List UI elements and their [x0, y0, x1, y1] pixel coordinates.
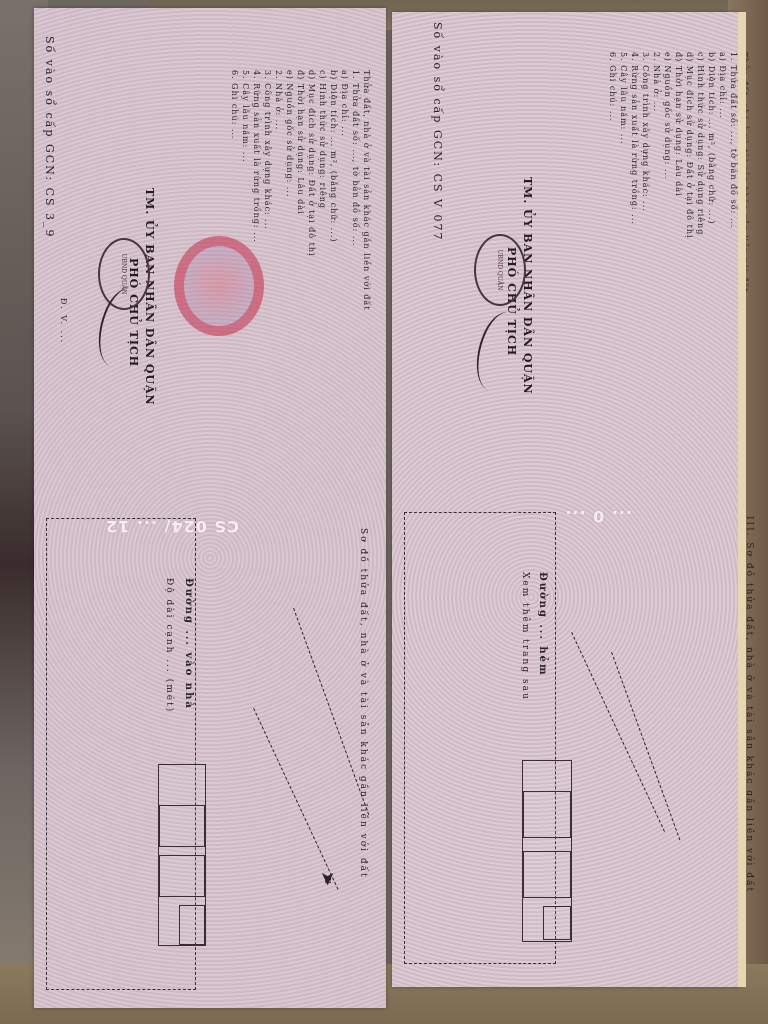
- right-body-text: Thửa đất, nhà ở và tài sản khác gắn liền…: [607, 52, 750, 293]
- right-certificate: Số vào sổ cấp GCN: CS V 077 Thửa đất, nh…: [392, 12, 740, 987]
- left-line: d) Mục đích sử dụng: Đất ở tại đô thị: [306, 70, 317, 311]
- left-diagram-caption: Đường ... vào nhà: [183, 578, 194, 710]
- right-line: 4. Rừng sản xuất là rừng trồng: ...: [629, 52, 640, 293]
- right-floor-plan-table: [522, 760, 572, 942]
- right-line: đ) Thời hạn sử dụng: Lâu dài: [673, 52, 684, 293]
- right-serial-number: ... 0 ...: [564, 507, 632, 526]
- left-signer-name: Đ. V. ...: [59, 298, 68, 344]
- right-parcel-boundary: [611, 652, 680, 840]
- left-diagram-heading: Sơ đồ thửa đất, nhà ở và tài sản khác gắ…: [358, 528, 368, 879]
- left-section-heading: Thửa đất, nhà ở và tài sản khác gắn liền…: [361, 70, 372, 311]
- left-line: 2. Nhà ở: ...: [273, 70, 284, 311]
- right-line: 6. Ghi chú: ...: [607, 52, 618, 293]
- north-arrow-label: B: [323, 878, 332, 886]
- left-line: e) Nguồn gốc sử dụng: ...: [284, 70, 295, 311]
- right-section-heading: Thửa đất, nhà ở và tài sản khác gắn liền…: [739, 52, 750, 293]
- left-parcel-boundary: [253, 708, 338, 890]
- right-line: 2. Nhà ở: ...: [651, 52, 662, 293]
- left-floor-plan-table: [158, 764, 206, 946]
- left-diagram-note: Độ dài cạnh ... (mét): [164, 578, 174, 713]
- left-line: c) Hình thức sử dụng: riêng: [317, 70, 328, 311]
- right-line: b) Diện tích: ... m², (bằng chữ: ...): [706, 52, 717, 293]
- right-line: a) Địa chỉ: ...: [717, 52, 728, 293]
- right-line: c) Hình thức sử dụng: Sử dụng riêng: [695, 52, 706, 293]
- right-margin-number: Số vào sổ cấp GCN: CS V 077: [431, 22, 444, 242]
- right-line: d) Mục đích sử dụng: Đất ở tại đô thị: [684, 52, 695, 293]
- right-diagram-note: Xem thêm trang sau: [520, 572, 530, 701]
- left-line: 1. Thửa đất số: ..., tờ bản đồ số: ...: [350, 70, 361, 311]
- right-line: 1. Thửa đất số: ..., tờ bản đồ số: ...: [728, 52, 739, 293]
- left-line: đ) Thời hạn sử dụng: Lâu dài: [295, 70, 306, 311]
- left-line: b) Diện tích: ... m², (bằng chữ: ...): [328, 70, 339, 311]
- right-diagram-heading: III. Sơ đồ thửa đất, nhà ở và tài sản kh…: [744, 516, 754, 893]
- right-diagram-caption: Đường ... hẻm: [537, 572, 548, 677]
- left-line: a) Địa chỉ: ...: [339, 70, 350, 311]
- right-line: e) Nguồn gốc sử dụng: ...: [662, 52, 673, 293]
- right-line: 3. Công trình xây dựng khác: ...: [640, 52, 651, 293]
- left-certificate: Số vào sổ cấp GCN: CS 3_9 Thửa đất, nhà …: [34, 8, 386, 1008]
- right-parcel-boundary: [571, 632, 665, 832]
- left-line: 3. Công trình xây dựng khác: ...: [262, 70, 273, 311]
- red-state-emblem-seal: [174, 236, 264, 336]
- right-line: 5. Cây lâu năm: ...: [618, 52, 629, 293]
- left-margin-number: Số vào sổ cấp GCN: CS 3_9: [43, 36, 56, 239]
- right-round-stamp: UBND QUẬN: [474, 234, 526, 306]
